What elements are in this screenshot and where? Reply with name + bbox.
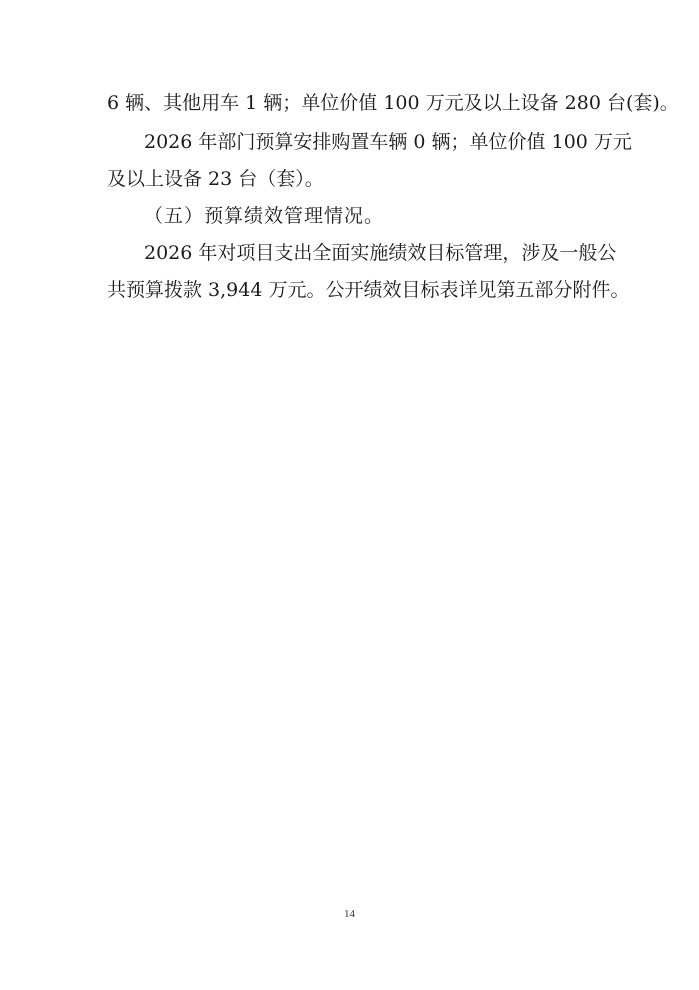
paragraph-line-performance: 2026 年对项目支出全面实施绩效目标管理，涉及一般公 <box>144 240 593 266</box>
paragraph-line-purchase-plan: 2026 年部门预算安排购置车辆 0 辆；单位价值 100 万元 <box>144 129 593 155</box>
paragraph-line-performance-cont: 共预算拨款 3,944 万元。公开绩效目标表详见第五部分附件。 <box>107 277 593 303</box>
paragraph-line-vehicles-equipment: 6 辆、其他用车 1 辆；单位价值 100 万元及以上设备 280 台(套)。 <box>107 90 593 116</box>
page-number: 14 <box>0 908 699 920</box>
document-page: 6 辆、其他用车 1 辆；单位价值 100 万元及以上设备 280 台(套)。 … <box>0 0 699 990</box>
section-heading-performance: （五）预算绩效管理情况。 <box>144 203 384 229</box>
paragraph-line-purchase-plan-cont: 及以上设备 23 台（套）。 <box>107 166 593 192</box>
